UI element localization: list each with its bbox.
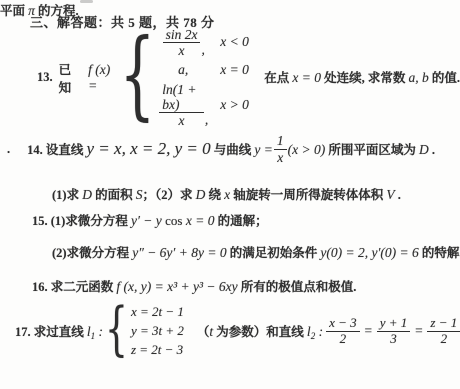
comma: , bbox=[201, 42, 204, 58]
text-run: (x > 0) bbox=[288, 142, 326, 157]
text-run: 在点 bbox=[264, 71, 292, 85]
fraction-denominator: x bbox=[163, 42, 201, 58]
problem-14-line2: (1)求 D 的面积 S；（2）求 D 绕 x 轴旋转一周所得旋转体体积 V . bbox=[52, 184, 401, 206]
comma: , bbox=[205, 112, 208, 128]
scan-artifact bbox=[80, 0, 93, 3]
fraction-denominator: x bbox=[159, 112, 204, 128]
case-condition: x = 0 bbox=[220, 62, 256, 78]
text-run: : bbox=[95, 324, 103, 339]
constant-value: a, bbox=[178, 62, 188, 78]
text-run: 为参数）和直线 bbox=[213, 325, 307, 339]
text-line: （t 为参数）和直线 l2 : bbox=[197, 322, 323, 341]
text-run: a, b bbox=[408, 70, 428, 85]
case-condition: x < 0 bbox=[220, 34, 256, 50]
problem-17-line1: 17. 求过直线 l1 : { x = 2t − 1 y = 3t + 2 z … bbox=[15, 302, 460, 360]
parametric-system: x = 2t − 1 y = 3t + 2 z = 2t − 3 bbox=[131, 305, 184, 358]
text-run: D bbox=[82, 187, 92, 202]
problem-text: 已知 bbox=[59, 60, 80, 96]
fraction-numerator: z − 1 bbox=[427, 316, 460, 331]
case-expression: ln(1 + bx) x , bbox=[158, 82, 208, 128]
case-row: sin 2x x , x < 0 bbox=[158, 27, 256, 58]
fraction-numerator: x − 3 bbox=[326, 316, 360, 331]
fraction: 1 x bbox=[274, 133, 287, 164]
text-run: 14. 设直线 bbox=[27, 143, 86, 157]
text-run: 处连续, 求常数 bbox=[321, 71, 409, 85]
case-row: a, x = 0 bbox=[158, 62, 256, 78]
text-run: : bbox=[315, 324, 323, 339]
problem-15-line1: 15. (1)求微分方程 y′ − y cos x = 0 的通解； bbox=[32, 210, 268, 232]
text-run: y′ − y bbox=[131, 213, 165, 228]
text-run: （ bbox=[197, 325, 210, 339]
fraction-numerator: ln(1 + bx) bbox=[159, 82, 204, 112]
problem-15-line2: (2)求微分方程 y″ − 6y′ + 8y = 0 的满足初始条件 y(0) … bbox=[52, 242, 460, 264]
problem-16: 16. 求二元函数 f (x, y) = x³ + y³ − 6xy 所有的极值… bbox=[32, 276, 356, 298]
text-run: 所有的极值点和极值. bbox=[238, 280, 357, 294]
case-expression: sin 2x x , bbox=[158, 27, 208, 58]
text-run: y = x, x = 2, y = 0 bbox=[87, 139, 211, 158]
text-run: . bbox=[429, 143, 435, 157]
text-run: 的面积 bbox=[92, 188, 136, 202]
problem-number: 13. bbox=[37, 70, 53, 85]
text-run: 的满足初始条件 bbox=[227, 246, 321, 260]
fraction: sin 2x x bbox=[163, 27, 201, 58]
exam-page: 三、解答题：共 5 题，共 78 分 13. 已知 f (x) = { sin … bbox=[0, 0, 460, 389]
case-row: ln(1 + bx) x , x > 0 bbox=[158, 82, 256, 128]
fraction: z − 1 2 bbox=[427, 316, 460, 346]
problem-14-line1: . 14. 设直线 y = x, x = 2, y = 0 与曲线 y = 1 … bbox=[7, 129, 435, 169]
fraction-denominator: 2 bbox=[326, 331, 360, 347]
text-run: π bbox=[28, 3, 35, 18]
text-run: cos bbox=[165, 213, 182, 228]
problem-17-line2: 平面 π 的方程. bbox=[0, 0, 79, 22]
fraction: x − 3 2 bbox=[326, 316, 360, 346]
left-brace: { bbox=[120, 39, 156, 116]
text-run: D bbox=[419, 142, 429, 157]
case-expression: a, bbox=[158, 62, 208, 78]
system-equation: y = 3t + 2 bbox=[131, 324, 184, 338]
problem-13-tail: 在点 x = 0 处连续, 求常数 a, b 的值. bbox=[264, 68, 460, 87]
text-run: y″ − 6y′ + 8y = 0 bbox=[132, 245, 226, 260]
fraction-numerator: sin 2x bbox=[163, 27, 201, 42]
text-run: 16. 求二元函数 bbox=[32, 280, 116, 294]
text-run: y = bbox=[254, 142, 272, 157]
fraction-denominator: 2 bbox=[427, 331, 460, 347]
text-run: 绕 bbox=[205, 188, 224, 202]
fraction: ln(1 + bx) x bbox=[159, 82, 204, 128]
text-run: V bbox=[386, 187, 394, 202]
text-run: 与曲线 bbox=[211, 143, 255, 157]
text-run: y(0) = 2, y′(0) = 6 bbox=[320, 245, 418, 260]
text-run: 的方程. bbox=[35, 4, 79, 18]
text-run: (2)求微分方程 bbox=[52, 246, 132, 260]
system-equation: z = 2t − 3 bbox=[131, 343, 184, 357]
equals-sign: = bbox=[414, 323, 423, 339]
system-equation: x = 2t − 1 bbox=[131, 305, 184, 319]
text-run: 15. (1)求微分方程 bbox=[32, 214, 131, 228]
text-run: 轴旋转一周所得旋转体体积 bbox=[230, 188, 386, 202]
text-run: 的值. bbox=[429, 71, 460, 85]
text-line: 14. 设直线 y = x, x = 2, y = 0 与曲线 y = bbox=[27, 139, 273, 159]
scan-artifact-dot: . bbox=[7, 142, 10, 157]
fraction-denominator: x bbox=[274, 149, 287, 165]
text-run: ；（2）求 bbox=[142, 188, 195, 202]
text-run: 17. 求过直线 bbox=[15, 325, 87, 339]
fraction-numerator: 1 bbox=[274, 133, 287, 148]
text-run: x = 0 bbox=[292, 70, 321, 85]
text-run: f (x, y) = x³ + y³ − 6xy bbox=[116, 279, 237, 294]
left-brace: { bbox=[105, 308, 128, 355]
piecewise-cases: sin 2x x , x < 0 a, x = 0 ln(1 + bx) x , bbox=[158, 27, 256, 129]
text-run: 的通解； bbox=[214, 214, 267, 228]
text-run: . bbox=[395, 188, 401, 202]
fraction-numerator: y + 1 bbox=[377, 316, 411, 331]
text-line: (x > 0) 所围平面区域为 D . bbox=[288, 140, 435, 159]
function-notation: f (x) = bbox=[88, 62, 116, 94]
text-run: 的特解. bbox=[419, 246, 460, 260]
text-run: x = 0 bbox=[182, 213, 214, 228]
fraction-denominator: 3 bbox=[377, 331, 411, 347]
problem-13: 13. 已知 f (x) = { sin 2x x , x < 0 a, x =… bbox=[37, 31, 460, 124]
text-run: 所围平面区域为 bbox=[325, 143, 419, 157]
fraction: y + 1 3 bbox=[377, 316, 411, 346]
case-condition: x > 0 bbox=[220, 97, 256, 113]
symmetric-equation: x − 3 2 = y + 1 3 = z − 1 2 bbox=[325, 316, 460, 346]
text-run: 平面 bbox=[0, 4, 28, 18]
text-line: 17. 求过直线 l1 : bbox=[15, 322, 103, 341]
equals-sign: = bbox=[364, 323, 373, 339]
text-run: (1)求 bbox=[52, 188, 82, 202]
text-run: D bbox=[196, 187, 206, 202]
